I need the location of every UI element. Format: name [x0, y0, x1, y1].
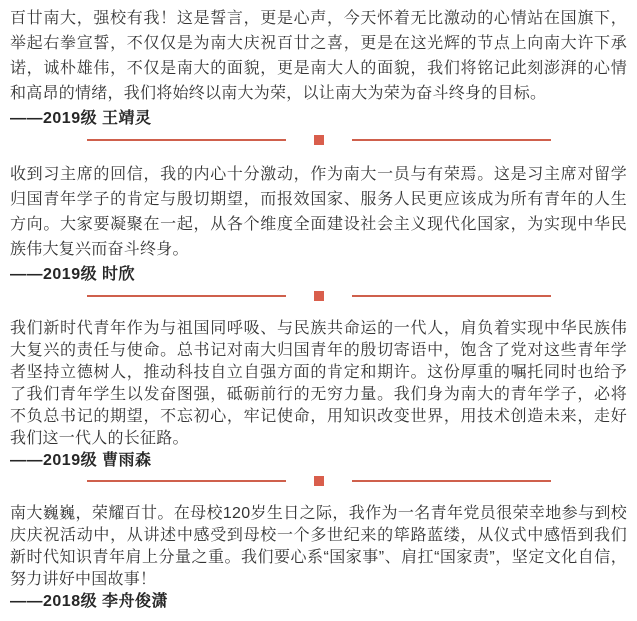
divider-line-left — [87, 480, 286, 482]
article-page: 百廿南大，强校有我！这是誓言，更是心声，今天怀着无比激动的心情站在国旗下，举起右… — [0, 0, 637, 621]
quote-paragraph: 我们新时代青年作为与祖国同呼吸、与民族共命运的一代人，肩负着实现中华民族伟大复兴… — [10, 318, 627, 450]
quote-section-4: 南大巍巍，荣耀百廿。在母校120岁生日之际，我作为一名青年党员很荣幸地参与到校庆… — [10, 503, 627, 613]
divider-line-right — [352, 480, 551, 482]
divider-line-left — [87, 295, 286, 297]
quote-attribution: ——2019级 时欣 — [10, 262, 627, 287]
quote-paragraph: 南大巍巍，荣耀百廿。在母校120岁生日之际，我作为一名青年党员很荣幸地参与到校庆… — [10, 503, 627, 591]
quote-paragraph: 百廿南大，强校有我！这是誓言，更是心声，今天怀着无比激动的心情站在国旗下，举起右… — [10, 6, 627, 106]
divider-square-icon — [314, 476, 324, 486]
section-divider — [10, 476, 627, 486]
divider-line-left — [87, 139, 286, 141]
divider-line-right — [352, 295, 551, 297]
quote-section-3: 我们新时代青年作为与祖国同呼吸、与民族共命运的一代人，肩负着实现中华民族伟大复兴… — [10, 318, 627, 472]
quote-attribution: ——2019级 王靖灵 — [10, 106, 627, 131]
quote-paragraph: 收到习主席的回信，我的内心十分激动，作为南大一员与有荣焉。这是习主席对留学归国青… — [10, 162, 627, 262]
divider-line-right — [352, 139, 551, 141]
quote-section-1: 百廿南大，强校有我！这是誓言，更是心声，今天怀着无比激动的心情站在国旗下，举起右… — [10, 6, 627, 131]
divider-square-icon — [314, 291, 324, 301]
section-divider — [10, 291, 627, 301]
divider-square-icon — [314, 135, 324, 145]
section-divider — [10, 135, 627, 145]
quote-attribution: ——2019级 曹雨森 — [10, 450, 627, 472]
quote-section-2: 收到习主席的回信，我的内心十分激动，作为南大一员与有荣焉。这是习主席对留学归国青… — [10, 162, 627, 287]
quote-attribution: ——2018级 李舟俊潇 — [10, 591, 627, 613]
